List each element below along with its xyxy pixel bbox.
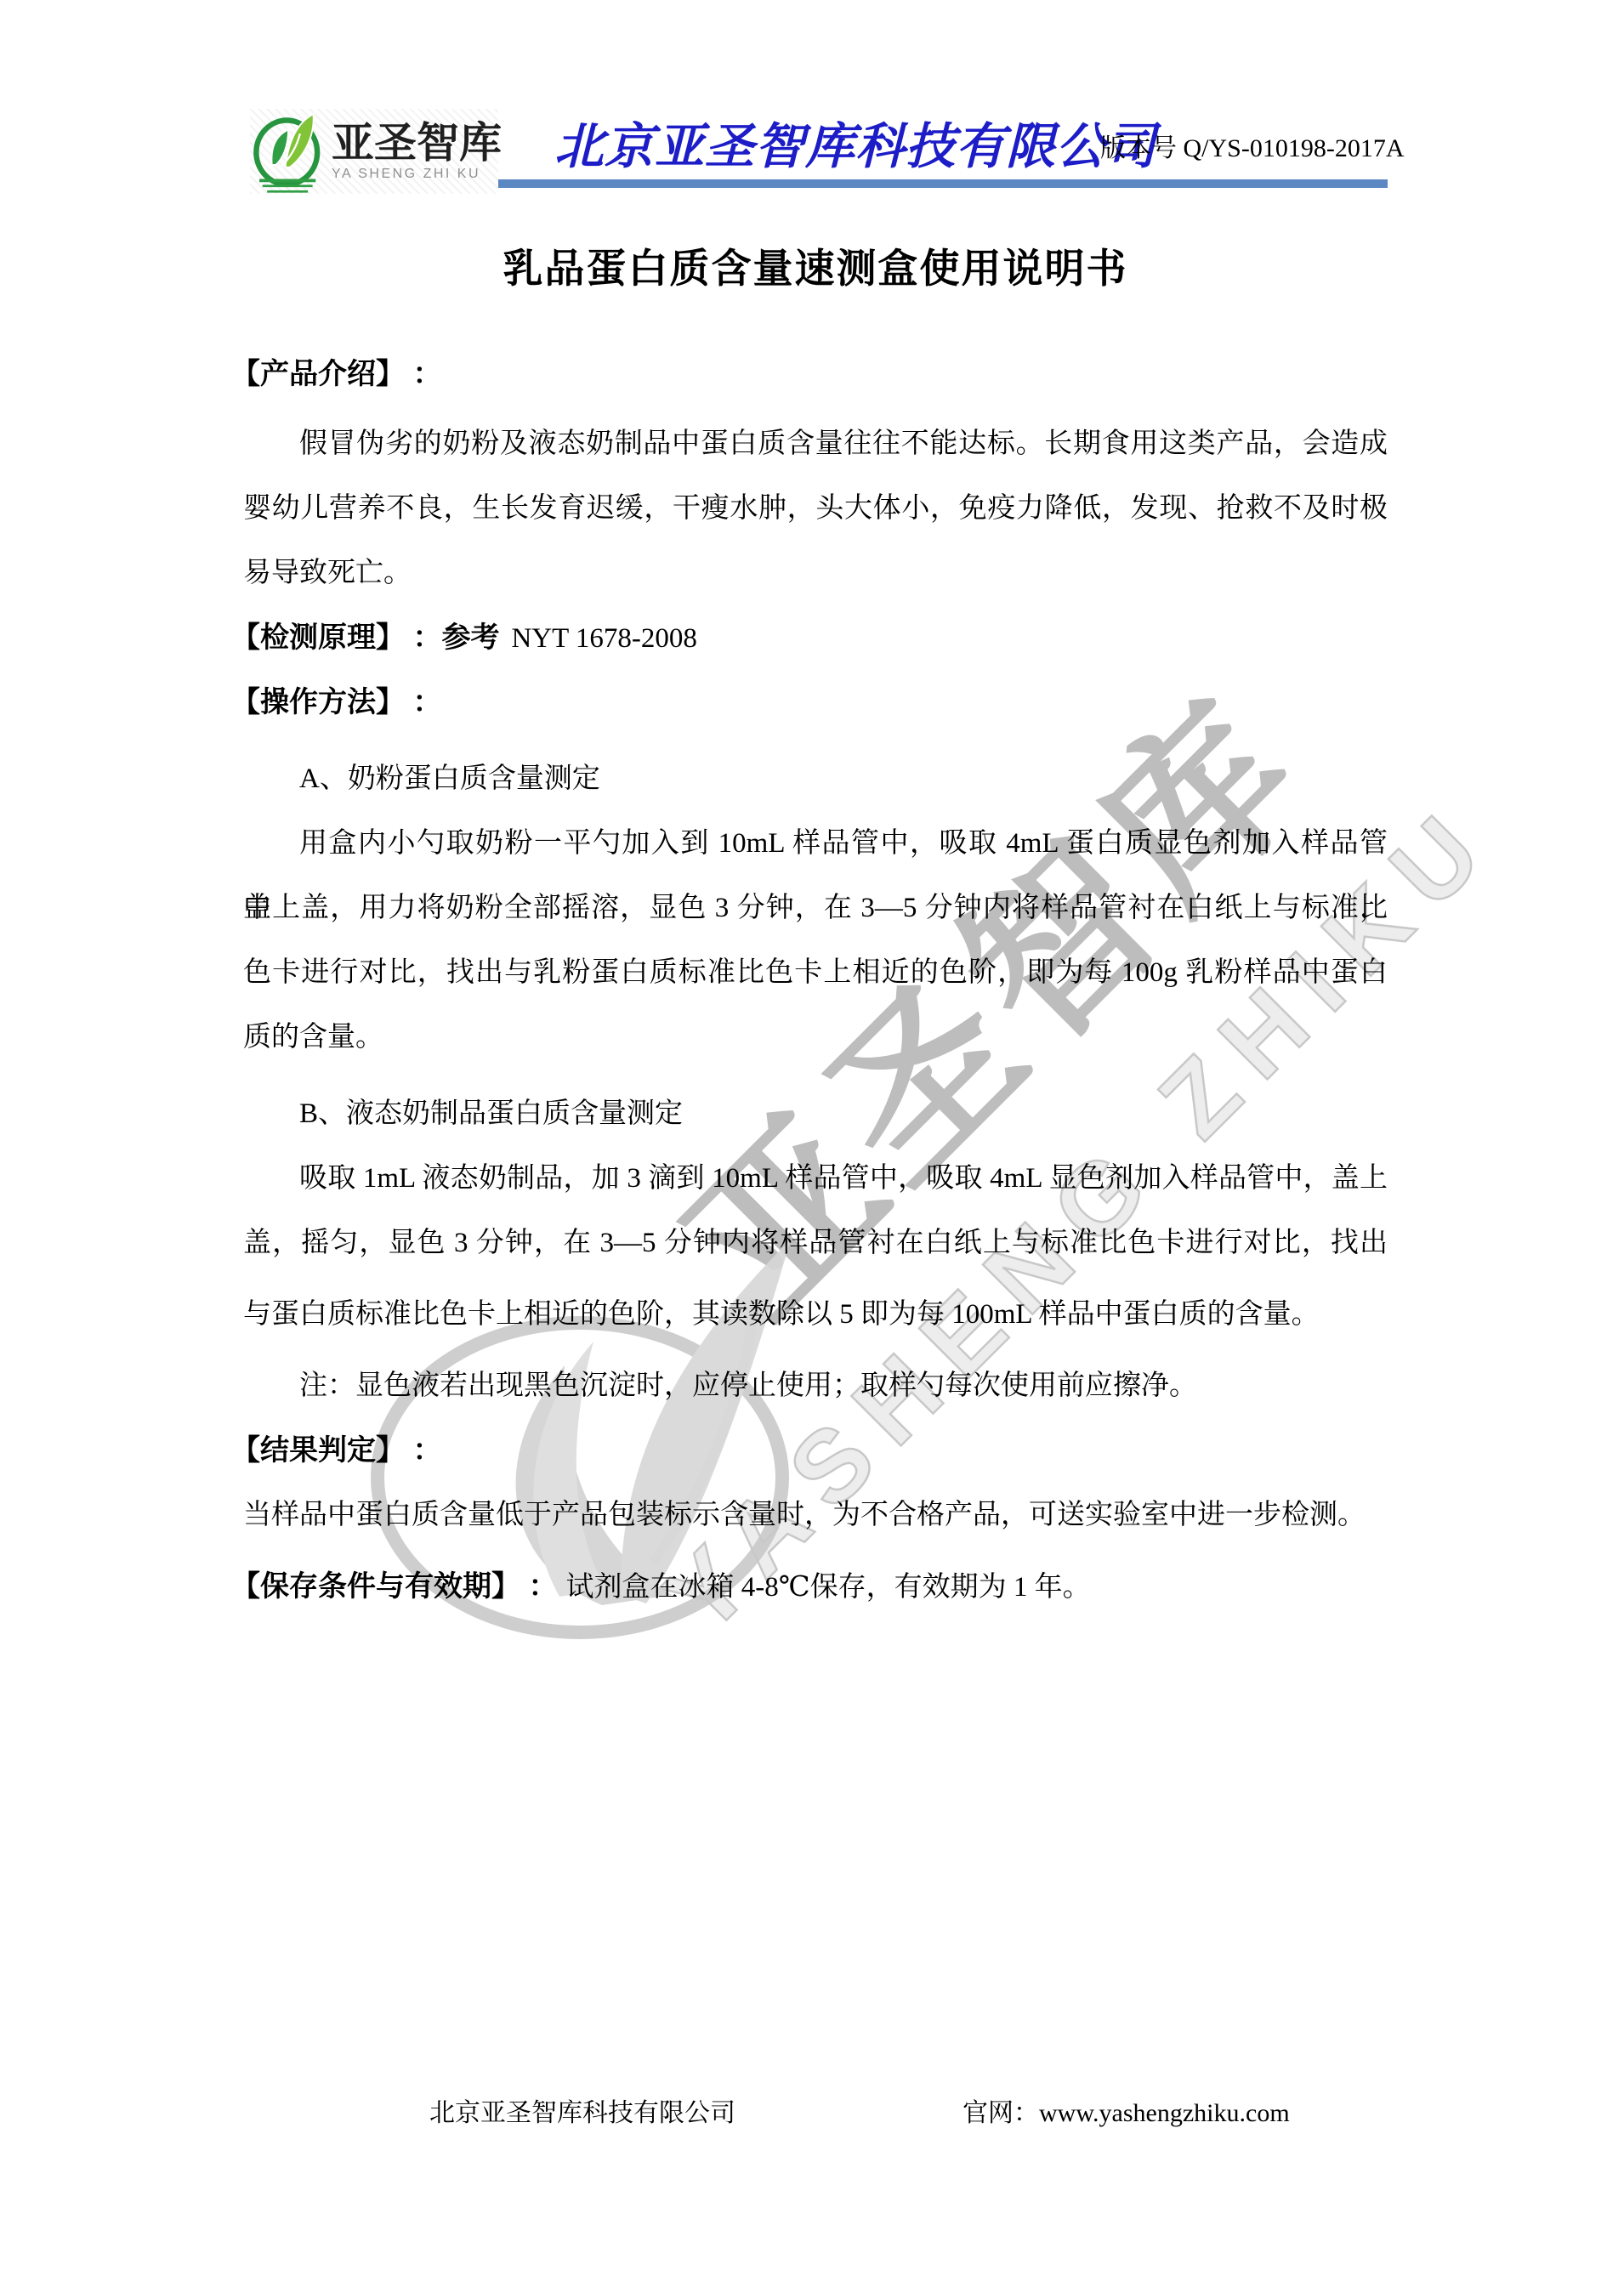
section-heading-intro: 【产品介绍】 ： xyxy=(231,342,1388,406)
section-heading-principle: 【检测原理】 ：参考NYT 1678-2008 xyxy=(243,605,1388,670)
method-b-line: 与蛋白质标准比色卡上相近的色阶，其读数除以 5 即为每 100mL 样品中蛋白质… xyxy=(243,1282,1388,1347)
method-note: 注：显色液若出现黑色沉淀时，应停止使用；取样勺每次使用前应擦净。 xyxy=(243,1353,1388,1418)
company-name: 北京亚圣智库科技有限公司 xyxy=(554,121,1107,173)
principle-reference: NYT 1678-2008 xyxy=(511,623,696,654)
footer-website: 官网：www.yashengzhiku.com xyxy=(962,2091,1290,2129)
footer-website-label: 官网： xyxy=(962,2099,1039,2127)
method-b-title: B、液态奶制品蛋白质含量测定 xyxy=(243,1081,1388,1146)
method-b-line: 盖，摇匀，显色 3 分钟，在 3—5 分钟内将样品管衬在白纸上与标准比色卡进行对… xyxy=(243,1211,1388,1275)
storage-body: 试剂盒在冰箱 4-8℃保存，有效期为 1 年。 xyxy=(565,1572,1090,1603)
logo-name-en: YA SHENG ZHI KU xyxy=(332,167,502,182)
document-page: 亚圣智库 YASHENG ZHIKU 亚圣智库 YA SHENG ZHI KU … xyxy=(0,0,1624,2287)
method-a-line: 色卡进行对比，找出与乳粉蛋白质标准比色卡上相近的色阶，即为每 100g 乳粉样品… xyxy=(243,940,1388,1005)
method-a-line: 用盒内小勺取奶粉一平勺加入到 10mL 样品管中，吸取 4mL 蛋白质显色剂加入… xyxy=(243,811,1388,876)
document-body: 【产品介绍】 ： 假冒伪劣的奶粉及液态奶制品中蛋白质含量往往不能达标。长期食用这… xyxy=(243,342,1388,1619)
principle-heading-bold: 【检测原理】 ：参考 xyxy=(231,621,499,654)
intro-line: 假冒伪劣的奶粉及液态奶制品中蛋白质含量往往不能达标。长期食用这类产品，会造成 xyxy=(243,411,1388,476)
intro-line: 易导致死亡。 xyxy=(243,541,1388,605)
section-storage: 【保存条件与有效期】 ：试剂盒在冰箱 4-8℃保存，有效期为 1 年。 xyxy=(243,1554,1388,1619)
page-footer: 北京亚圣智库科技有限公司 官网：www.yashengzhiku.com xyxy=(0,2088,1624,2139)
logo-wordmark: 亚圣智库 YA SHENG ZHI KU xyxy=(332,121,502,182)
version-label: 版本号 Q/YS-010198-2017A xyxy=(1100,134,1405,163)
section-heading-result: 【结果判定】 ： xyxy=(231,1418,1388,1483)
section-heading-method: 【操作方法】 ： xyxy=(231,670,1388,735)
logo-name-cn: 亚圣智库 xyxy=(332,121,502,165)
footer-website-url: www.yashengzhiku.com xyxy=(1039,2099,1290,2127)
result-body: 当样品中蛋白质含量低于产品包装标示含量时，为不合格产品，可送实验室中进一步检测。 xyxy=(243,1483,1388,1547)
intro-line: 婴幼儿营养不良，生长发育迟缓，干瘦水肿，头大体小，免疫力降低，发现、抢救不及时极 xyxy=(243,476,1388,541)
method-a-line: 质的含量。 xyxy=(243,1005,1388,1070)
method-a-title: A、奶粉蛋白质含量测定 xyxy=(243,746,1388,811)
section-heading-storage: 【保存条件与有效期】 ： xyxy=(231,1570,557,1603)
method-b-line: 吸取 1mL 液态奶制品，加 3 滴到 10mL 样品管中，吸取 4mL 显色剂… xyxy=(243,1146,1388,1211)
page-title: 乳品蛋白质含量速测盒使用说明书 xyxy=(243,245,1388,292)
footer-company: 北京亚圣智库科技有限公司 xyxy=(429,2091,735,2129)
leaf-logo-icon xyxy=(250,109,328,201)
company-logo: 亚圣智库 YA SHENG ZHI KU xyxy=(250,109,498,194)
method-a-line: 盖上盖，用力将奶粉全部摇溶，显色 3 分钟，在 3—5 分钟内将样品管衬在白纸上… xyxy=(243,876,1388,940)
